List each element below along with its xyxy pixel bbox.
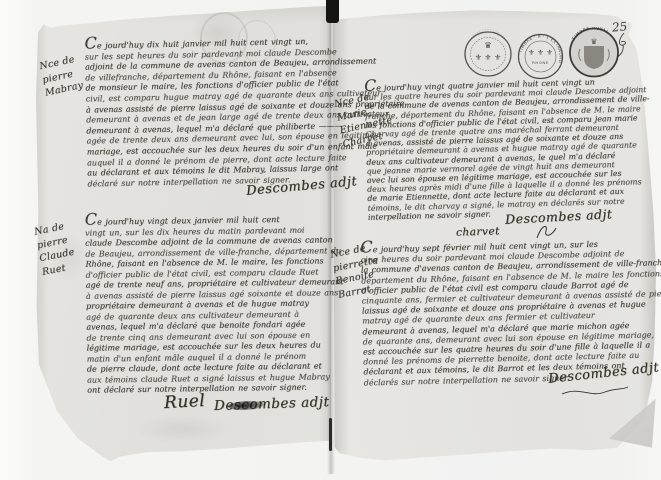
binding-bottom-mark xyxy=(329,418,332,451)
stamp-bottom-text: RHONE xyxy=(532,60,549,65)
signature-flourish xyxy=(560,384,630,400)
stamp-timbre-extraordinaire: TIMBRE · À · L'EXTRAORD ⚜ ⚜ ⚜ RHONE xyxy=(517,33,564,80)
crown-icon: ♛ xyxy=(591,37,598,46)
fleur-de-lis-icon: ⚜ ⚜ ⚜ xyxy=(528,48,553,57)
signature: Ruel xyxy=(164,391,206,413)
birth-act-text: Ce jourd'huy vingt quatre janvier mil hu… xyxy=(364,75,649,222)
folio-flourish xyxy=(614,32,632,58)
stamp-ring-text: · · · · · · · · · · · · · · · · xyxy=(464,29,501,49)
svg-text:· · · · · · · · · · · · · · ·: · · · · · · · · · · · · · · · · xyxy=(464,29,501,49)
crown-icon: ♛ xyxy=(484,41,492,51)
binding-top-mark xyxy=(326,0,339,23)
fleur-de-lis-icon: ⚜ ⚜ ⚜ xyxy=(475,53,502,62)
birth-act-text: Ce jourd'huy dix huit janvier mil huit c… xyxy=(84,34,331,189)
stamp-crowned-arms: · · · · · · · · · · · · · · · · ♛ ⚜ ⚜ ⚜ xyxy=(462,29,514,79)
document-scan: Nce depierreMabray Ce jourd'huy dix huit… xyxy=(0,0,661,480)
royal-shield xyxy=(584,46,604,69)
birth-act-text: Ce jourd'huy vingt deux janvier mil huit… xyxy=(85,212,329,396)
signature: charvet xyxy=(456,225,500,239)
margin-note: Nce depierreMabray xyxy=(38,52,84,100)
